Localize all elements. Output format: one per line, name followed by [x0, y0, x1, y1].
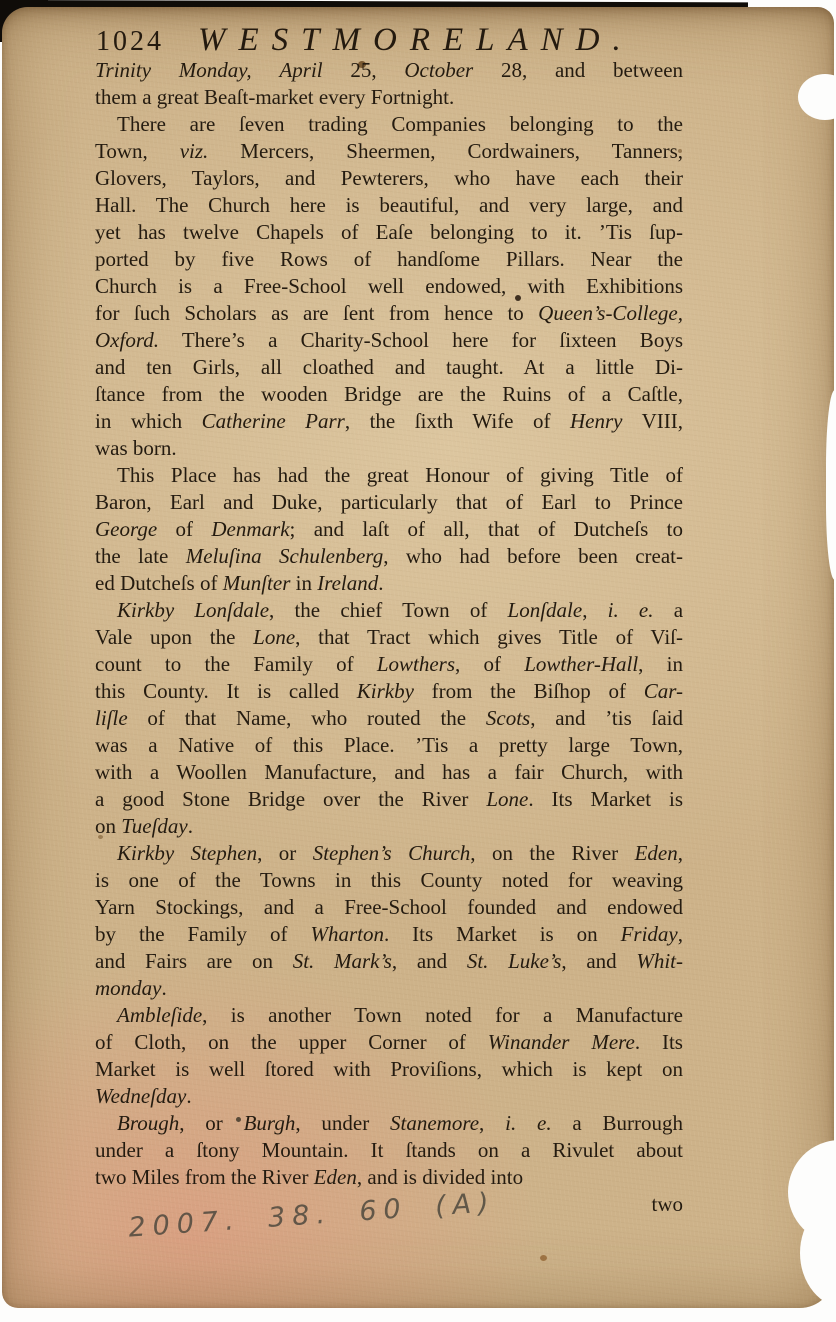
text-line: Hall. The Church here is beautiful, and …	[95, 192, 683, 219]
text-segment: Car-	[644, 679, 683, 703]
text-segment: Kirkby	[357, 679, 414, 703]
text-segment: i. e.	[608, 598, 654, 622]
text-segment: a	[654, 598, 684, 622]
text-segment: Kirkby Stephen	[117, 841, 257, 865]
text-segment: Lone	[253, 625, 295, 649]
text-segment: , and ’tis ſaid	[530, 706, 683, 730]
text-line: Brough, or Burgh, under Stanemore, i. e.…	[95, 1110, 683, 1137]
text-segment: of	[157, 517, 211, 541]
text-segment: ,	[678, 841, 683, 865]
text-segment: 25,	[323, 58, 405, 82]
page-header: 1024 WESTMORELAND.	[96, 22, 682, 59]
text-segment: There are ſeven trading Companies belong…	[117, 112, 683, 136]
stain-speck	[540, 1255, 547, 1261]
text-segment: Queen’s-College,	[538, 301, 683, 325]
paragraph: This Place has had the great Honour of g…	[95, 462, 683, 597]
text-segment: .	[188, 814, 193, 838]
text-segment: this County. It is called	[95, 679, 357, 703]
text-segment: liſle	[95, 706, 128, 730]
text-segment: Stephen’s Church	[313, 841, 471, 865]
text-segment: a Burrough	[552, 1111, 683, 1135]
text-line: in which Catherine Parr, the ſixth Wife …	[95, 408, 683, 435]
text-segment: .	[162, 976, 167, 1000]
text-line: and ten Girls, all cloathed and taught. …	[95, 354, 683, 381]
text-segment: yet has twelve Chapels of Eaſe belonging…	[95, 220, 683, 244]
text-segment: Burgh	[244, 1111, 296, 1135]
text-line: Wedneſday.	[95, 1083, 683, 1110]
text-line: for ſuch Scholars as are ſent from hence…	[95, 300, 683, 327]
text-segment: Mercers, Sheermen, Cordwainers, Tanners,	[208, 139, 683, 163]
text-segment: Lone	[486, 787, 528, 811]
text-segment: ; and laſt of all, that of Dutcheſs to	[290, 517, 683, 541]
text-segment: Lonſdale	[508, 598, 583, 622]
text-segment: .	[186, 1084, 191, 1108]
paragraph: There are ſeven trading Companies belong…	[95, 111, 683, 462]
text-segment	[252, 58, 280, 82]
text-line: monday.	[95, 975, 683, 1002]
text-segment: Meluſina Schulenberg	[186, 544, 383, 568]
text-segment: count to the Family of	[95, 652, 377, 676]
text-segment: 28, and between	[473, 58, 683, 82]
text-segment: is one of the Towns in this County noted…	[95, 868, 683, 892]
text-segment: Hall. The Church here is beautiful, and …	[95, 193, 683, 217]
text-segment: , of	[455, 652, 524, 676]
text-segment: , the chief Town of	[269, 598, 508, 622]
text-segment: and Fairs are on	[95, 949, 293, 973]
page-number: 1024	[96, 26, 164, 58]
text-line: a good Stone Bridge over the River Lone.…	[95, 786, 683, 813]
text-segment: Town,	[95, 139, 180, 163]
text-segment: under a ſtony Mountain. It ſtands on a R…	[95, 1138, 683, 1162]
text-segment: . Its	[635, 1030, 683, 1054]
text-segment: from the Biſhop of	[414, 679, 644, 703]
text-segment: Stanemore	[390, 1111, 479, 1135]
text-segment: in which	[95, 409, 202, 433]
text-line: Market is well ſtored with Proviſions, w…	[95, 1056, 683, 1083]
text-segment: Ambleſide	[117, 1003, 202, 1027]
text-segment: on	[95, 814, 121, 838]
text-line: ported by five Rows of handſome Pillars.…	[95, 246, 683, 273]
text-segment: , and is divided into	[357, 1165, 523, 1189]
text-segment: ,	[479, 1111, 505, 1135]
text-segment: ported by five Rows of handſome Pillars.…	[95, 247, 683, 271]
text-segment: , under	[295, 1111, 390, 1135]
text-segment: Oxford.	[95, 328, 159, 352]
text-segment: St. Luke’s	[467, 949, 562, 973]
text-block: Trinity Monday, April 25, October 28, an…	[95, 57, 683, 1218]
text-line: Yarn Stockings, and a Free-School founde…	[95, 894, 683, 921]
text-segment: Eden	[635, 841, 678, 865]
text-segment: by the Family of	[95, 922, 310, 946]
paragraph: Kirkby Stephen, or Stephen’s Church, on …	[95, 840, 683, 1002]
text-segment: , on the River	[470, 841, 634, 865]
text-line: Glovers, Taylors, and Pewterers, who hav…	[95, 165, 683, 192]
text-line: Church is a Free-School well endowed, wi…	[95, 273, 683, 300]
text-segment: i. e.	[505, 1111, 551, 1135]
text-segment: two Miles from the River	[95, 1165, 314, 1189]
paragraph: Trinity Monday, April 25, October 28, an…	[95, 57, 683, 111]
text-segment: Munſter	[223, 571, 291, 595]
text-line: with a Woollen Manufacture, and has a fa…	[95, 759, 683, 786]
text-line: them a great Beaſt-market every Fortnigh…	[95, 84, 683, 111]
paragraph: Brough, or Burgh, under Stanemore, i. e.…	[95, 1110, 683, 1191]
text-line: the late Meluſina Schulenberg, who had b…	[95, 543, 683, 570]
text-line: on Tueſday.	[95, 813, 683, 840]
text-line: Baron, Earl and Duke, particularly that …	[95, 489, 683, 516]
text-segment: viz.	[180, 139, 209, 163]
text-segment: Tueſday	[121, 814, 188, 838]
text-segment: Whit-	[636, 949, 683, 973]
text-line: ſtance from the wooden Bridge are the Ru…	[95, 381, 683, 408]
text-line: ed Dutcheſs of Munſter in Ireland.	[95, 570, 683, 597]
text-segment: Kirkby Lonſdale	[117, 598, 269, 622]
text-segment: Lowther-Hall	[524, 652, 638, 676]
text-segment: Friday	[621, 922, 678, 946]
text-segment: Trinity Monday,	[95, 58, 252, 82]
text-segment: St. Mark’s	[293, 949, 392, 973]
text-segment: , and	[392, 949, 467, 973]
text-segment: the late	[95, 544, 186, 568]
text-line: and Fairs are on St. Mark’s, and St. Luk…	[95, 948, 683, 975]
text-segment: .	[378, 571, 383, 595]
text-line: yet has twelve Chapels of Eaſe belonging…	[95, 219, 683, 246]
text-line: Town, viz. Mercers, Sheermen, Cordwainer…	[95, 138, 683, 165]
text-segment: This Place has had the great Honour of g…	[117, 463, 683, 487]
text-segment: October	[404, 58, 473, 82]
text-segment: Scots	[486, 706, 530, 730]
text-segment: of Cloth, on the upper Corner of	[95, 1030, 488, 1054]
text-line: two Miles from the River Eden, and is di…	[95, 1164, 683, 1191]
text-segment: Baron, Earl and Duke, particularly that …	[95, 490, 683, 514]
text-line: There are ſeven trading Companies belong…	[95, 111, 683, 138]
text-segment: ,	[678, 922, 683, 946]
text-segment: was a Native of this Place. ’Tis a prett…	[95, 733, 683, 757]
text-line: liſle of that Name, who routed the Scots…	[95, 705, 683, 732]
text-segment: , and	[561, 949, 636, 973]
text-segment: ſtance from the wooden Bridge are the Ru…	[95, 382, 683, 406]
text-segment: April	[279, 58, 322, 82]
text-segment: George	[95, 517, 157, 541]
text-segment: for ſuch Scholars as are ſent from hence…	[95, 301, 538, 325]
text-line: was a Native of this Place. ’Tis a prett…	[95, 732, 683, 759]
text-line: count to the Family of Lowthers, of Lowt…	[95, 651, 683, 678]
text-segment: Wharton	[310, 922, 384, 946]
text-segment: , or	[179, 1111, 243, 1135]
paragraph: Kirkby Lonſdale, the chief Town of Lonſd…	[95, 597, 683, 840]
text-segment: Denmark	[211, 517, 289, 541]
text-line: Vale upon the Lone, that Tract which giv…	[95, 624, 683, 651]
text-line: of Cloth, on the upper Corner of Winande…	[95, 1029, 683, 1056]
text-line: Trinity Monday, April 25, October 28, an…	[95, 57, 683, 84]
text-segment: in	[290, 571, 317, 595]
text-segment: Brough	[117, 1111, 179, 1135]
text-segment: Eden	[314, 1165, 357, 1189]
text-segment: Lowthers	[377, 652, 455, 676]
text-segment: with a Woollen Manufacture, and has a fa…	[95, 760, 683, 784]
text-segment: Henry	[570, 409, 622, 433]
text-segment: Glovers, Taylors, and Pewterers, who hav…	[95, 166, 683, 190]
text-line: George of Denmark; and laſt of all, that…	[95, 516, 683, 543]
running-title: WESTMORELAND.	[198, 22, 634, 59]
text-segment: Winander Mere	[488, 1030, 635, 1054]
scanned-page: 1024 WESTMORELAND. Trinity Monday, April…	[0, 0, 836, 1322]
text-segment: , is another Town noted for a Manufactur…	[202, 1003, 683, 1027]
text-segment: Market is well ſtored with Proviſions, w…	[95, 1057, 683, 1081]
text-line: was born.	[95, 435, 683, 462]
text-line: Kirkby Stephen, or Stephen’s Church, on …	[95, 840, 683, 867]
text-segment: ,	[582, 598, 607, 622]
text-segment: VIII,	[623, 409, 684, 433]
text-segment: ed Dutcheſs of	[95, 571, 223, 595]
text-segment: Vale upon the	[95, 625, 253, 649]
text-segment: Wedneſday	[95, 1084, 186, 1108]
text-line: Kirkby Lonſdale, the chief Town of Lonſd…	[95, 597, 683, 624]
text-line: under a ſtony Mountain. It ſtands on a R…	[95, 1137, 683, 1164]
text-segment: , that Tract which gives Title of Viſ-	[295, 625, 683, 649]
text-line: this County. It is called Kirkby from th…	[95, 678, 683, 705]
text-segment: . Its Market is	[528, 787, 683, 811]
text-line: Ambleſide, is another Town noted for a M…	[95, 1002, 683, 1029]
text-segment: , or	[257, 841, 313, 865]
text-segment: , in	[638, 652, 683, 676]
text-segment: There’s a Charity-School here for ſixtee…	[159, 328, 683, 352]
text-segment: . Its Market is on	[384, 922, 621, 946]
text-segment: , the ſixth Wife of	[345, 409, 570, 433]
text-line: Oxford. There’s a Charity-School here fo…	[95, 327, 683, 354]
text-segment: Yarn Stockings, and a Free-School founde…	[95, 895, 683, 919]
text-segment: them a great Beaſt-market every Fortnigh…	[95, 85, 454, 109]
text-line: This Place has had the great Honour of g…	[95, 462, 683, 489]
torn-edge-sliver	[826, 390, 836, 580]
text-segment: Ireland	[317, 571, 378, 595]
text-segment: Catherine Parr	[202, 409, 345, 433]
text-segment: , who had before been creat-	[383, 544, 683, 568]
text-segment: of that Name, who routed the	[128, 706, 486, 730]
text-segment: and ten Girls, all cloathed and taught. …	[95, 355, 683, 379]
text-line: is one of the Towns in this County noted…	[95, 867, 683, 894]
text-segment: was born.	[95, 436, 177, 460]
text-segment: monday	[95, 976, 162, 1000]
paragraph: Ambleſide, is another Town noted for a M…	[95, 1002, 683, 1110]
text-segment: Church is a Free-School well endowed, wi…	[95, 274, 683, 298]
text-line: by the Family of Wharton. Its Market is …	[95, 921, 683, 948]
text-segment: a good Stone Bridge over the River	[95, 787, 486, 811]
